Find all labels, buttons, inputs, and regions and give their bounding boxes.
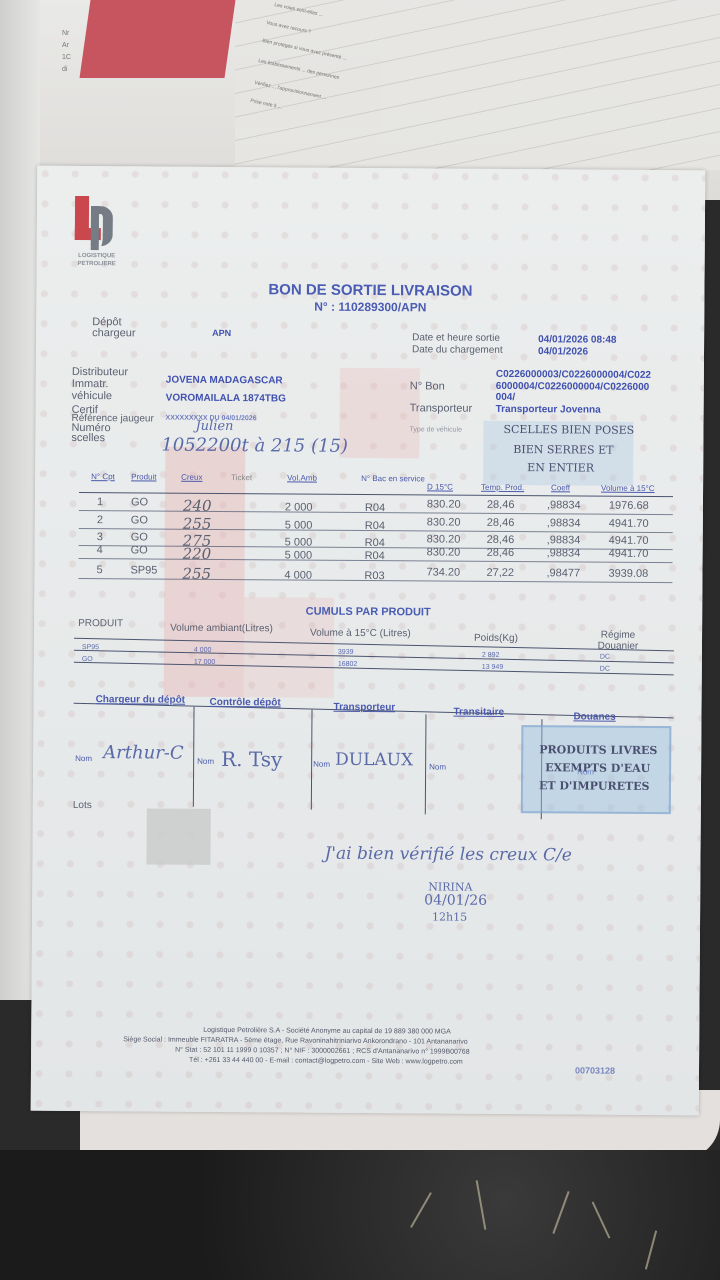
table-cell-d15: 830.20 xyxy=(427,533,461,545)
cumuls-cell-vol-amb: 17 000 xyxy=(194,658,215,665)
nom-label: Nom xyxy=(313,760,330,769)
signature-header-transitaire: Transitaire xyxy=(453,707,504,718)
col-header-ticket: Ticket xyxy=(231,473,252,482)
table-cell-vol15: 3939.08 xyxy=(608,568,648,580)
background-form-line: Les voies sont-elles ... xyxy=(274,2,324,18)
table-cell-coeff: ,98477 xyxy=(546,567,580,579)
background-form: Les voies sont-elles ... Vous avez recou… xyxy=(235,0,720,170)
signature-divider xyxy=(425,714,427,814)
date-sortie-label: Date et heure sortie xyxy=(412,332,500,344)
table-cell-d15: 830.20 xyxy=(427,546,461,558)
products-stamp-line3: ET D'IMPURETES xyxy=(539,779,650,793)
logo-caption: LOGISTIQUE PETROLIERE xyxy=(67,252,127,268)
cumuls-title: CUMULS PAR PRODUIT xyxy=(34,604,702,621)
table-cell-temp: 28,46 xyxy=(487,517,515,529)
products-stamp-line2: EXEMPTS D'EAU xyxy=(545,761,650,775)
seal-stamp-line2: BIEN SERRES ET xyxy=(513,443,613,457)
company-logo: LOGISTIQUE PETROLIERE xyxy=(67,192,128,272)
cumuls-header-vol15: Volume à 15°C (Litres) xyxy=(310,628,411,640)
products-stamp-line1: PRODUITS LIVRES xyxy=(539,743,657,757)
handwritten-seal-name: Julien xyxy=(195,419,233,434)
col-header-n: N° Cpt xyxy=(91,472,115,481)
nom-label: Nom xyxy=(429,762,446,771)
footer-registration: N° Stat : 52 101 11 1999 0 10357 ; N° NI… xyxy=(175,1047,470,1056)
table-cell-coeff: ,98834 xyxy=(547,534,581,546)
cumuls-cell-produit: GO xyxy=(82,656,93,663)
cumuls-header-produit: PRODUIT xyxy=(78,618,123,629)
table-cell-vol15: 4941.70 xyxy=(609,535,649,547)
serial-number: 00703128 xyxy=(575,1065,615,1075)
col-header-d15: D 15°C xyxy=(427,482,453,491)
signature-header-douanes: Douanes xyxy=(573,711,615,722)
background-letter: 1C xyxy=(62,52,71,64)
table-cell-d15: 734.20 xyxy=(426,566,460,578)
background-form-line: Bien protégés si vous avez présenté ... xyxy=(262,38,348,62)
handwritten-seal-numbers: 1052200t à 215 (15) xyxy=(161,435,348,457)
immatr-label: Immatr. xyxy=(72,378,109,390)
table-cell-coeff: ,98834 xyxy=(547,517,581,529)
cumuls-cell-vol15: 3939 xyxy=(338,649,354,656)
signature-chargeur: Arthur-C xyxy=(103,742,184,764)
redacted-area xyxy=(146,808,210,864)
table-cell-temp: 28,46 xyxy=(487,534,515,546)
table-cell-vol15: 4941.70 xyxy=(609,548,649,560)
col-header-coeff: Coeff xyxy=(551,483,570,492)
lots-label: Lots xyxy=(73,800,92,811)
signature-divider xyxy=(193,707,195,807)
background-letters: Nr Ar 1C di xyxy=(62,28,71,76)
col-header-produit: Produit xyxy=(131,472,156,481)
background-red-folder xyxy=(80,0,236,78)
scelles-label: scelles xyxy=(71,432,105,444)
n-bon-label: N° Bon xyxy=(410,380,445,392)
date-sortie-value: 04/01/2026 08:48 xyxy=(538,334,616,346)
handwritten-note-time: 12h15 xyxy=(432,910,467,923)
cumuls-cell-vol15: 16802 xyxy=(338,661,358,668)
table-cell-produit: GO xyxy=(131,544,148,556)
transporteur-value: Transporteur Jovenna xyxy=(496,404,601,416)
background-form-line: Vérifiez ... l'approvisionnement ... xyxy=(254,80,327,101)
table-cell-produit: GO xyxy=(131,531,148,543)
n-bon-value-2: 6000004/C0226000004/C0226000 xyxy=(496,381,650,393)
table-cell-vol15: 1976.68 xyxy=(609,500,649,512)
table-cell-n: 2 xyxy=(97,514,103,526)
signature-transporteur: DULAUX xyxy=(335,750,413,771)
seal-stamp-line1: SCELLES BIEN POSES xyxy=(503,423,634,437)
table-cell-n: 4 xyxy=(97,544,103,556)
distributeur-label: Distributeur xyxy=(72,366,128,378)
col-header-creux: Creux xyxy=(181,473,202,482)
table-cell-creux: 255 xyxy=(182,565,211,583)
distributeur-value: JOVENA MADAGASCAR xyxy=(166,375,283,387)
seal-stamp-line3: EN ENTIER xyxy=(527,461,594,474)
signature-header-transporteur: Transporteur xyxy=(333,702,395,713)
signature-header-controle: Contrôle dépôt xyxy=(210,697,281,708)
cumuls-cell-regime: DC xyxy=(600,666,610,673)
transporteur-label: Transporteur xyxy=(410,402,473,414)
table-cell-coeff: ,98834 xyxy=(547,547,581,559)
logo-caption-line: PETROLIERE xyxy=(67,260,127,268)
depot-value: APN xyxy=(212,328,231,338)
nom-label: Nom xyxy=(197,757,214,766)
signature-controle: R. Tsy xyxy=(221,747,282,771)
table-cell-produit: SP95 xyxy=(130,564,157,576)
footer-address: Siège Social : Immeuble FITARATRA - 5ème… xyxy=(123,1036,468,1045)
background-letter: di xyxy=(62,64,71,76)
date-chargement-label: Date du chargement xyxy=(412,344,503,356)
table-cell-produit: GO xyxy=(131,496,148,508)
col-header-vol-amb: Vol.Amb xyxy=(287,473,317,482)
table-cell-n: 5 xyxy=(96,564,102,576)
cumuls-header-vol-amb: Volume ambiant(Litres) xyxy=(170,623,273,635)
cumuls-cell-vol-amb: 4 000 xyxy=(194,646,212,653)
cumuls-cell-regime: DC xyxy=(600,654,610,661)
footer-company: Logistique Petrolière S.A - Société Anon… xyxy=(203,1027,451,1036)
logo-p-bowl xyxy=(91,206,113,246)
col-header-bac: N° Bac en service xyxy=(361,474,425,483)
cumuls-cell-poids: 2 892 xyxy=(482,651,500,658)
handwritten-note-date: 04/01/26 xyxy=(424,892,487,908)
cumuls-cell-poids: 13 949 xyxy=(482,663,503,670)
table-cell-creux: 255 xyxy=(183,515,212,533)
table-cell-n: 3 xyxy=(97,531,103,543)
col-header-vol15: Volume à 15°C xyxy=(601,484,655,493)
vehicule-label: véhicule xyxy=(72,390,112,402)
n-bon-value-1: C0226000003/C0226000004/C022 xyxy=(496,369,651,381)
table-cell-temp: 28,46 xyxy=(487,499,515,511)
col-header-temp: Temp. Prod. xyxy=(481,483,524,492)
table-cell-d15: 830.20 xyxy=(427,498,461,510)
background-letter: Nr xyxy=(62,28,71,40)
background-form-line: Les établissements ... des personnes xyxy=(258,58,340,81)
pink-highlight xyxy=(339,368,420,459)
table-cell-vol15: 4941.70 xyxy=(609,518,649,530)
background-letter: Ar xyxy=(62,40,71,52)
signature-header-chargeur: Chargeur du dépôt xyxy=(96,694,186,706)
footer-contact: Tél : +261 33 44 440 00 - E-mail : conta… xyxy=(189,1057,463,1066)
background-form-line: Prise note à ... xyxy=(250,98,283,111)
table-cell-temp: 28,46 xyxy=(487,547,515,559)
handwritten-note: J'ai bien vérifié les creux C/e xyxy=(324,844,571,866)
cumuls-header-poids: Poids(Kg) xyxy=(474,633,518,644)
table-cell-n: 1 xyxy=(97,496,103,508)
delivery-slip: LOGISTIQUE PETROLIERE BON DE SORTIE LIVR… xyxy=(31,166,706,1116)
cumuls-cell-produit: SP95 xyxy=(82,644,99,651)
type-vehicule-label: Type de véhicule xyxy=(409,426,462,433)
immatr-value: VOROMAILALA 1874TBG xyxy=(166,393,286,405)
table-cell-creux: 240 xyxy=(183,497,212,515)
background-form-line: Vous avez recours ? xyxy=(266,20,312,35)
table-cell-creux: 220 xyxy=(183,545,212,563)
background-fabric xyxy=(0,1150,720,1280)
n-bon-value-3: 004/ xyxy=(496,392,516,403)
nom-label: Nom xyxy=(75,754,92,763)
table-cell-temp: 27,22 xyxy=(486,567,514,579)
table-cell-d15: 830.20 xyxy=(427,516,461,528)
table-cell-coeff: ,98834 xyxy=(547,499,581,511)
table-cell-produit: GO xyxy=(131,514,148,526)
depot-label-2: chargeur xyxy=(92,327,136,339)
date-chargement-value: 04/01/2026 xyxy=(538,346,588,357)
